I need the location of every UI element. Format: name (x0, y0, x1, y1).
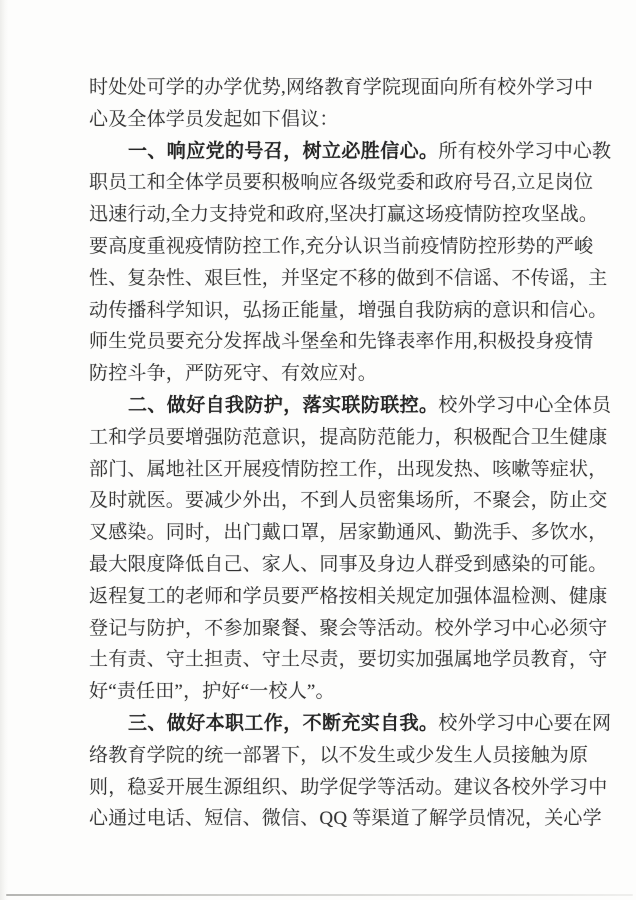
text-line: 叉感染。同时，出门戴口罩，居家勤通风、勤洗手、多饮水， (89, 517, 550, 549)
scan-left-edge-shadow (0, 0, 8, 900)
scan-bottom-edge-shadow (6, 894, 633, 896)
text-line: 性、复杂性、艰巨性，并坚定不移的做到不信谣、不传谣，主 (89, 263, 550, 295)
text-line: 三、做好本职工作，不断充实自我。校外学习中心要在网 (89, 708, 550, 740)
text-line: 防控斗争，严防死守、有效应对。 (89, 358, 550, 390)
text-line: 及时就医。要减少外出，不到人员密集场所，不聚会，防止交 (89, 485, 550, 517)
text-line: 登记与防护，不参加聚餐、聚会等活动。校外学习中心必须守 (89, 613, 550, 645)
text-line: 师生党员要充分发挥战斗堡垒和先锋表率作用,积极投身疫情 (89, 326, 550, 358)
text-line: 则，稳妥开展生源组织、助学促学等活动。建议各校外学习中 (89, 772, 550, 804)
text-line: 最大限度降低自己、家人、同事及身边人群受到感染的可能。 (89, 549, 550, 581)
scanned-document-page: 时处处可学的办学优势,网络教育学院现面向所有校外学习中心及全体学员发起如下倡议：… (0, 0, 636, 900)
document-body-text: 时处处可学的办学优势,网络教育学院现面向所有校外学习中心及全体学员发起如下倡议：… (89, 72, 550, 835)
text-line: 二、做好自我防护，落实联防联控。校外学习中心全体员 (89, 390, 550, 422)
text-line: 心及全体学员发起如下倡议： (89, 104, 550, 136)
text-line: 返程复工的老师和学员要严格按相关规定加强体温检测、健康 (89, 581, 550, 613)
text-line: 时处处可学的办学优势,网络教育学院现面向所有校外学习中 (89, 72, 550, 104)
text-line: 部门、属地社区开展疫情防控工作，出现发热、咳嗽等症状， (89, 454, 550, 486)
text-line: 好“责任田”，护好“一校人”。 (89, 676, 550, 708)
section-heading: 二、做好自我防护，落实联防联控。 (128, 395, 438, 416)
text-line: 动传播科学知识，弘扬正能量，增强自我防病的意识和信心。 (89, 295, 550, 327)
section-heading: 一、响应党的号召，树立必胜信心。 (128, 141, 438, 162)
text-line: 工和学员要增强防范意识，提高防范能力，积极配合卫生健康 (89, 422, 550, 454)
text-line: 土有责、守土担责、守土尽责，要切实加强属地学员教育，守 (89, 644, 550, 676)
text-line: 要高度重视疫情防控工作,充分认识当前疫情防控形势的严峻 (89, 231, 550, 263)
text-line: 职员工和全体学员要积极响应各级党委和政府号召,立足岗位 (89, 167, 550, 199)
text-line: 络教育学院的统一部署下，以不发生或少发生人员接触为原 (89, 740, 550, 772)
text-line: 心通过电话、短信、微信、QQ 等渠道了解学员情况，关心学 (89, 803, 550, 835)
text-line: 一、响应党的号召，树立必胜信心。所有校外学习中心教 (89, 136, 550, 168)
section-heading: 三、做好本职工作，不断充实自我。 (128, 713, 438, 734)
text-line: 迅速行动,全力支持党和政府,坚决打赢这场疫情防控攻坚战。 (89, 199, 550, 231)
